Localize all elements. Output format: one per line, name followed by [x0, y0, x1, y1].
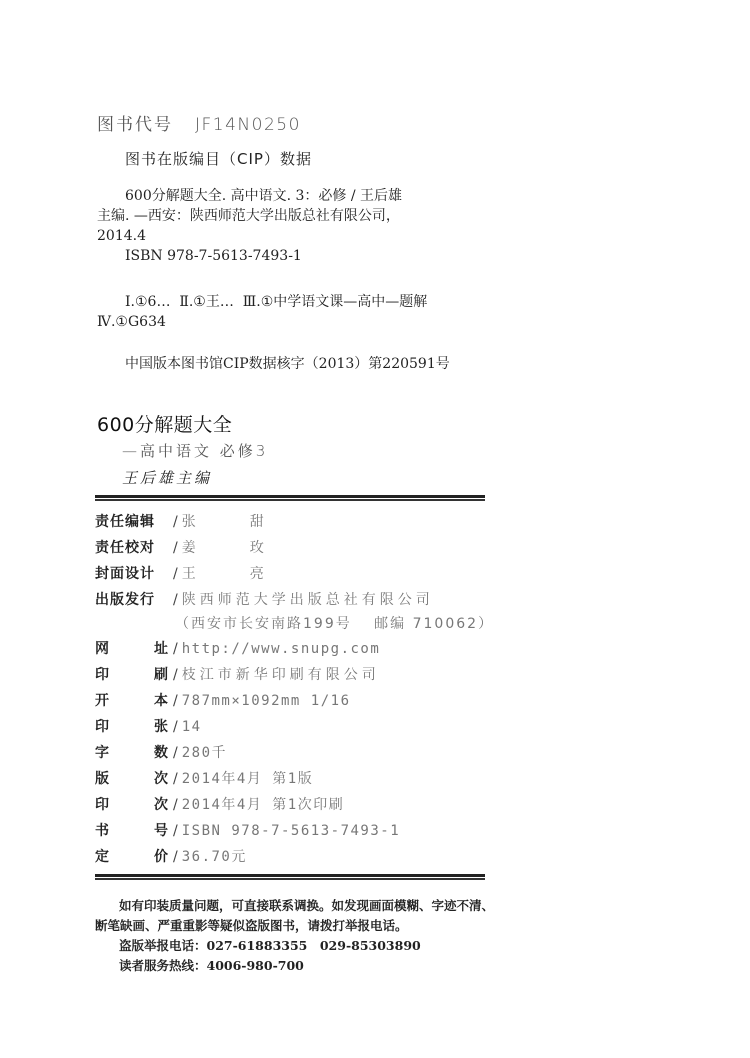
cip-line: 600分解题大全. 高中语文. 3：必修 / 王后雄	[97, 186, 402, 206]
cip-isbn: ISBN 978-7-5613-7493-1	[97, 246, 402, 266]
detail-value: 14	[182, 719, 202, 735]
label-char: 价	[154, 847, 169, 867]
credit-row: 出版发行/陕西师范大学出版总社有限公司	[95, 590, 434, 610]
cip-classification: Ⅰ.①6… Ⅱ.①王… Ⅲ.①中学语文课—高中—题解 Ⅳ.①G634	[97, 292, 427, 332]
credit-row: 封面设计/王 亮	[95, 564, 284, 584]
reader-hotline: 读者服务热线：4006-980-700	[95, 956, 494, 976]
classification-line: Ⅰ.①6… Ⅱ.①王… Ⅲ.①中学语文课—高中—题解	[97, 292, 427, 312]
label-char: 印	[95, 717, 110, 737]
label-char: 字	[95, 743, 110, 763]
separator: /	[173, 849, 178, 865]
credit-value: 陕西师范大学出版总社有限公司	[182, 592, 434, 608]
credit-label: 封面设计	[95, 564, 173, 584]
label-char: 次	[154, 795, 169, 815]
website-link[interactable]: http://www.snupg.com	[182, 641, 381, 657]
separator: /	[173, 797, 178, 813]
label-char: 张	[154, 717, 169, 737]
detail-value: 2014年4月 第1次印刷	[182, 797, 345, 813]
book-code-value: JF14N0250	[195, 115, 301, 135]
separator: /	[173, 823, 178, 839]
book-subtitle: —高中语文 必修3	[122, 440, 268, 461]
cip-line: 2014.4	[97, 226, 402, 246]
label-char: 网	[95, 639, 110, 659]
separator: /	[173, 745, 178, 761]
credit-row: 责任校对/姜 玫	[95, 538, 284, 558]
credit-row: 责任编辑/张 甜	[95, 512, 284, 532]
publisher-address: （西安市长安南路199号 邮编 710062）	[175, 613, 494, 633]
classification-line: Ⅳ.①G634	[97, 312, 427, 332]
label-char: 本	[154, 691, 169, 711]
detail-row-price: 定价/36.70元	[95, 847, 247, 867]
book-editor: 王后雄主编	[122, 467, 212, 488]
detail-value: 枝江市新华印刷有限公司	[182, 667, 380, 683]
cip-line: 主编. —西安：陕西师范大学出版总社有限公司，	[97, 206, 402, 226]
credit-label: 出版发行	[95, 590, 173, 610]
label-char: 印	[95, 795, 110, 815]
detail-row-website: 网址/http://www.snupg.com	[95, 639, 380, 659]
book-title: 600分解题大全	[97, 410, 232, 437]
library-record-text: 中国版本图书馆CIP数据核字（2013）第220591号	[97, 354, 450, 374]
detail-row-isbn: 书号/ISBN 978-7-5613-7493-1	[95, 821, 400, 841]
detail-value: 787mm×1092mm 1/16	[182, 693, 351, 709]
book-code: 图书代号JF14N0250	[97, 110, 301, 135]
credit-label: 责任编辑	[95, 512, 173, 532]
divider-top	[95, 495, 485, 501]
notice-line: 断笔缺画、严重重影等疑似盗版图书，请拨打举报电话。	[95, 916, 494, 936]
separator: /	[173, 693, 178, 709]
detail-value: ISBN 978-7-5613-7493-1	[182, 823, 400, 839]
detail-row-printer: 印刷/枝江市新华印刷有限公司	[95, 665, 380, 685]
credit-value: 王 亮	[182, 566, 284, 582]
separator: /	[173, 592, 178, 608]
detail-row-edition: 版次/2014年4月 第1版	[95, 769, 313, 789]
label-char: 版	[95, 769, 110, 789]
separator: /	[173, 514, 178, 530]
separator: /	[173, 667, 178, 683]
separator: /	[173, 540, 178, 556]
label-char: 数	[154, 743, 169, 763]
detail-value: 36.70元	[182, 849, 247, 865]
credit-value: 张 甜	[182, 514, 284, 530]
separator: /	[173, 719, 178, 735]
book-code-label: 图书代号	[97, 115, 173, 135]
label-char: 开	[95, 691, 110, 711]
label-char: 址	[154, 639, 169, 659]
separator: /	[173, 566, 178, 582]
credit-value: 姜 玫	[182, 540, 284, 556]
label-char: 号	[154, 821, 169, 841]
detail-value: 2014年4月 第1版	[182, 771, 314, 787]
library-record: 中国版本图书馆CIP数据核字（2013）第220591号	[97, 354, 450, 374]
piracy-hotline: 盗版举报电话：027-61883355 029-85303890	[95, 936, 494, 956]
credit-label: 责任校对	[95, 538, 173, 558]
detail-row-printing: 印次/2014年4月 第1次印刷	[95, 795, 344, 815]
cip-heading: 图书在版编目（CIP）数据	[125, 148, 312, 169]
label-char: 书	[95, 821, 110, 841]
notice-line: 如有印装质量问题，可直接联系调换。如发现画面模糊、字迹不清、	[95, 896, 494, 916]
detail-row-format: 开本/787mm×1092mm 1/16	[95, 691, 351, 711]
divider-bottom	[95, 874, 485, 880]
separator: /	[173, 771, 178, 787]
detail-value: 280千	[182, 745, 227, 761]
label-char: 定	[95, 847, 110, 867]
detail-row-sheets: 印张/14	[95, 717, 202, 737]
quality-notice: 如有印装质量问题，可直接联系调换。如发现画面模糊、字迹不清、 断笔缺画、严重重影…	[95, 896, 494, 976]
label-char: 刷	[154, 665, 169, 685]
cip-entry: 600分解题大全. 高中语文. 3：必修 / 王后雄 主编. —西安：陕西师范大…	[97, 186, 402, 266]
label-char: 次	[154, 769, 169, 789]
detail-row-wordcount: 字数/280千	[95, 743, 227, 763]
label-char: 印	[95, 665, 110, 685]
separator: /	[173, 641, 178, 657]
